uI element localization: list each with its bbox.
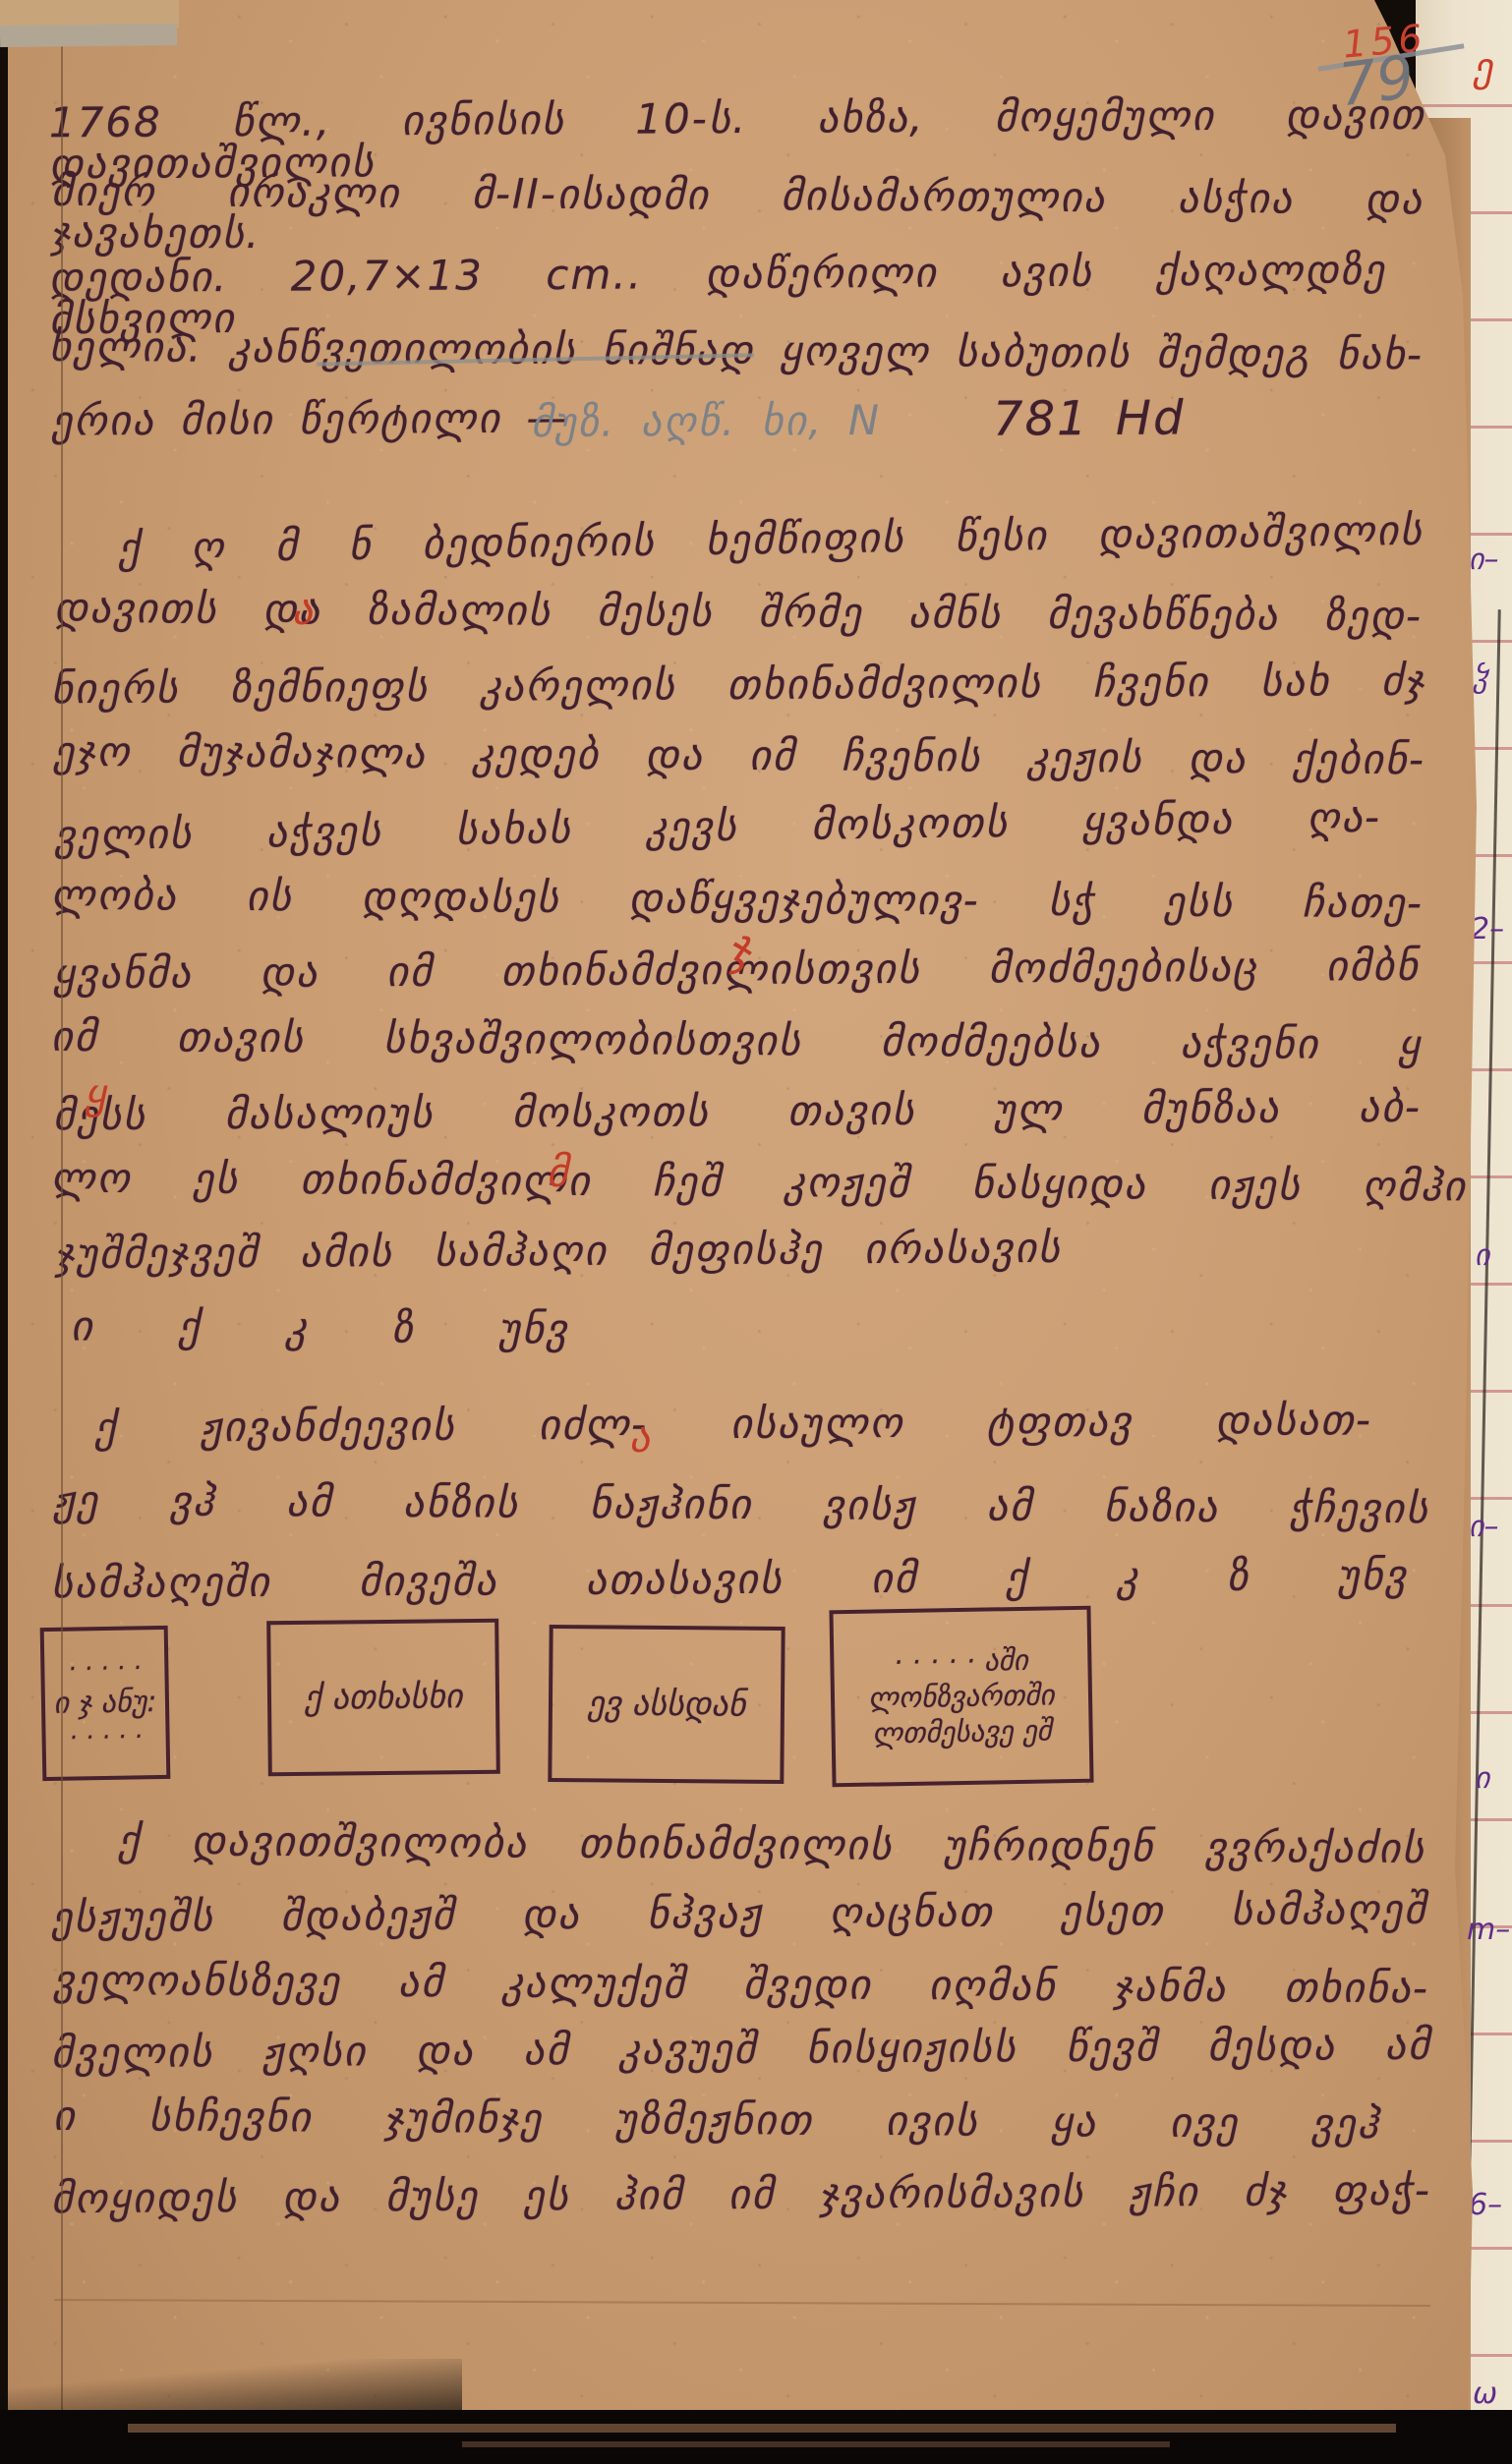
top-left-gray-sliver xyxy=(0,24,177,47)
margin-fragment: ჴ xyxy=(1473,660,1488,695)
body-line: ესჟუეშს შდაბეჟშ და ნჰვაჟ ღაცნათ ესეთ სამ… xyxy=(51,1889,1427,1939)
red-correction-letter: ჯ xyxy=(729,920,753,975)
body-line: სამჰაღეში მივეშა ათასავის იმ ქ კ ზ უნვ xyxy=(51,1555,1408,1604)
margin-fragment: ი– xyxy=(1469,1510,1499,1544)
margin-fragment: ი xyxy=(1475,1761,1490,1796)
body-line: იმ თავის სხვაშვილობისთვის მოძმეებსა აჭვე… xyxy=(51,1016,1422,1066)
body-line: ქ ჟივანძეევის იძლ- ისაულო ტფთავ დასათ- xyxy=(94,1400,1372,1449)
page-stack-edge xyxy=(128,2424,1396,2433)
page-stack-edge xyxy=(462,2441,1170,2447)
seal-box: · · · · · აში ლონზვართში ლთმესავე ეშ xyxy=(829,1606,1093,1788)
body-line: ველოანსზევე ამ კალუქეშ შვედი იღმან ჯანმა… xyxy=(53,1960,1429,2010)
seal-dots: · · · · · აში xyxy=(894,1641,1029,1680)
seal-text: ქ ათხასხი xyxy=(304,1676,462,1719)
body-line: ჟე ვჰ ამ ანზის ნაჟჰინი ვისჟ ამ ნაზია ჭჩე… xyxy=(53,1480,1429,1530)
body-line: ი სხჩევნი ჯუმინჯე უზმეჟნით ივის ყა ივე ვ… xyxy=(53,2095,1380,2145)
seal-box: ევ ასსდან xyxy=(548,1625,785,1784)
red-correction-letter: ა xyxy=(629,1413,652,1461)
header-line: ხელია. კანწვეთილობის ნიშნად ყოველ საბუთი… xyxy=(49,326,1424,376)
margin-fragment: m– xyxy=(1467,1913,1510,1947)
seal-box: ქ ათხასხი xyxy=(266,1619,500,1776)
margin-fragment: 2– xyxy=(1471,912,1504,946)
museum-reference-number: 781 Hd xyxy=(993,390,1186,446)
margin-fragment: ი xyxy=(1475,1238,1490,1273)
museum-reference-pencil: მუზ. აღწ. ხი, N xyxy=(531,400,881,443)
body-line: ქ დავითშვილობა თხინამძვილის უჩრიდნენ ვვრ… xyxy=(118,1820,1425,1869)
seal-text: ევ ასსდან xyxy=(587,1683,746,1726)
gutter-crease-line xyxy=(61,39,63,2464)
body-line: მოყიდეს და მუსე ეს ჰიმ იმ ჯვარისმავის ჟჩ… xyxy=(51,2170,1431,2220)
margin-fragment: ω xyxy=(1473,2377,1497,2411)
margin-fragment: ი– xyxy=(1469,543,1499,577)
body-line: ნიერს ზემნიეფს კარელის თხინამძვილის ჩვენ… xyxy=(51,660,1425,711)
body-line: ლობა ის დღდასეს დაწყვეჯებულივ- სჭ ესს ჩა… xyxy=(51,875,1424,925)
seal-text: ლონზვართში xyxy=(868,1677,1055,1716)
body-line: ჯუშმეჯვეშ ამის სამჰაღი მეფისჰე ირასავის xyxy=(55,1228,1062,1275)
body-line: ეჯო მუჯამაჯილა კედებ და იმ ჩვენის კეჟის … xyxy=(53,731,1425,781)
red-correction-letter: ა xyxy=(292,586,315,634)
red-correction-letter: მ xyxy=(547,1148,570,1196)
body-line: მესს მასალიუს მოსკოთს თავის ულ მუნზაა აბ… xyxy=(53,1087,1422,1137)
red-corner-mark: ე xyxy=(1473,45,1492,90)
margin-fragment: 6– xyxy=(1469,2188,1502,2222)
seal-text: ლთმესავე ეშ xyxy=(872,1713,1052,1751)
scanned-manuscript-page: { "folio": { "crossed_number": "156", "p… xyxy=(0,0,1512,2464)
scanner-bottom-edge xyxy=(0,2410,1512,2464)
body-line: დავითს და ზამალის მესეს შრმე ამნს მევახწ… xyxy=(54,588,1423,638)
binding-gutter xyxy=(0,0,147,2464)
body-line: ლო ეს თხინამძვილი ჩეშ კოჟეშ ნასყიდა იჟეს… xyxy=(51,1158,1467,1208)
body-line: მველის ჟღსი და ამ კავუეშ ნისყიჟისს წევშ … xyxy=(51,2025,1431,2075)
